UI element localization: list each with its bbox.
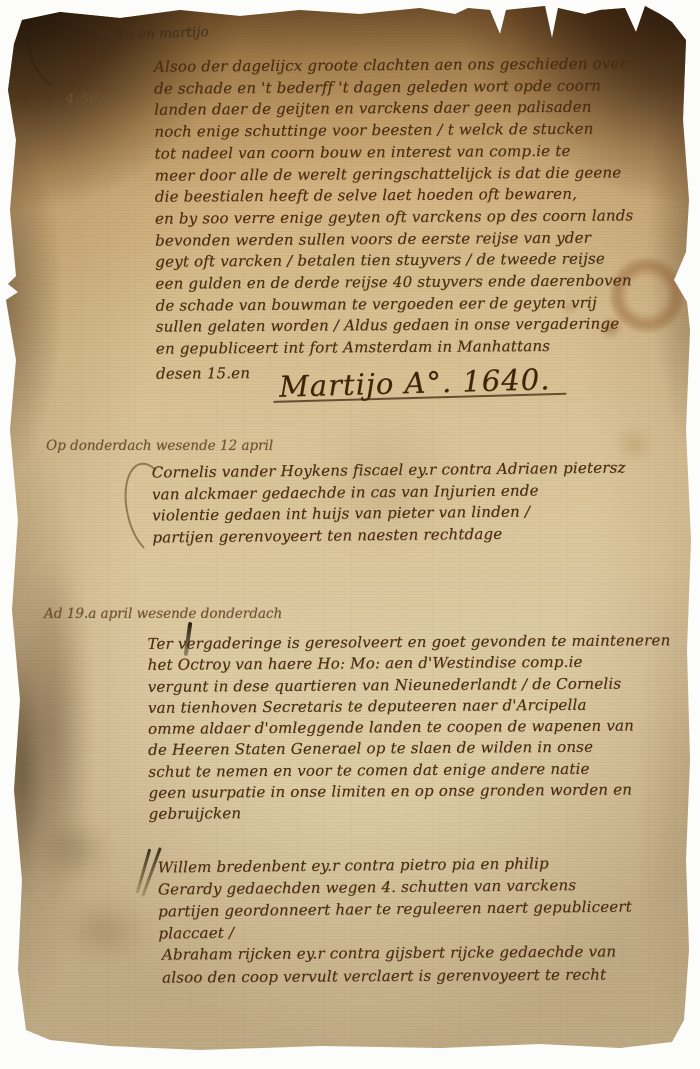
manuscript-line: tot nadeel van coorn bouw en interest va… [154,140,633,165]
manuscript-line: Alsoo der dagelijcx groote clachten aen … [154,53,633,78]
manuscript-line: noch enige schuttinge voor beesten / t w… [154,118,633,143]
manuscript-line: Abraham rijcken ey.r contra gijsbert rij… [162,940,616,966]
manuscript-line: geen usurpatie in onse limiten en op ons… [148,779,671,804]
resolution-paragraph: Ter vergaderinge is geresolveert en goet… [147,630,671,825]
session-heading-19-april: Ad 19.a april wesende donderdach [44,606,282,622]
manuscript-line: een gulden en de derde reijse 40 stuyver… [155,270,634,295]
manuscript-line: gebruijcken [149,801,672,826]
manuscript-line: de Heeren Staten Generael op te slaen de… [148,737,671,762]
stain [0,640,44,900]
margin-date-note: Ad 15.en martijo [94,24,209,44]
date-flourish: Martijo A°. 1640. [273,369,567,403]
manuscript-line: vergunt in dese quartieren van Nieuneder… [148,673,671,698]
paper-sheet: Ad 15.en martijo 4:58 Alsoo der dagelijc… [0,0,700,1069]
date-prefix: desen 15.en [156,364,250,383]
court-case-paragraph: Abraham rijcken ey.r contra gijsbert rij… [162,940,617,988]
pen-flourish [17,9,93,97]
ordinance-paragraph: Alsoo der dagelijcx groote clachten aen … [154,53,635,401]
stain [60,900,150,960]
manuscript-line: Ter vergaderinge is geresolveert en goet… [147,630,670,655]
scanned-manuscript: Ad 15.en martijo 4:58 Alsoo der dagelijc… [0,0,700,1069]
date-line: desen 15.en Martijo A°. 1640. [156,360,635,401]
manuscript-line: sullen gelaten worden / Aldus gedaen in … [156,314,635,339]
court-case-paragraph: Willem bredenbent ey.r contra pietro pia… [158,852,633,945]
pen-flourish [136,848,152,893]
manuscript-line: en gepubliceert int fort Amsterdam in Ma… [156,335,635,360]
folio-number: 4:58 [66,92,99,107]
manuscript-line: en by soo verre enige geyten oft varcken… [155,205,634,230]
court-case-paragraph: Cornelis vander Hoykens fiscael ey.r con… [152,458,627,550]
stain [40,820,110,880]
session-heading-12-april: Op donderdach wesende 12 april [46,438,273,454]
foxing-spot [612,428,656,460]
manuscript-line: partijen gerenvoyeert ten naesten rechtd… [152,523,626,550]
manuscript-line: alsoo den coop vervult verclaert is gere… [162,963,616,989]
